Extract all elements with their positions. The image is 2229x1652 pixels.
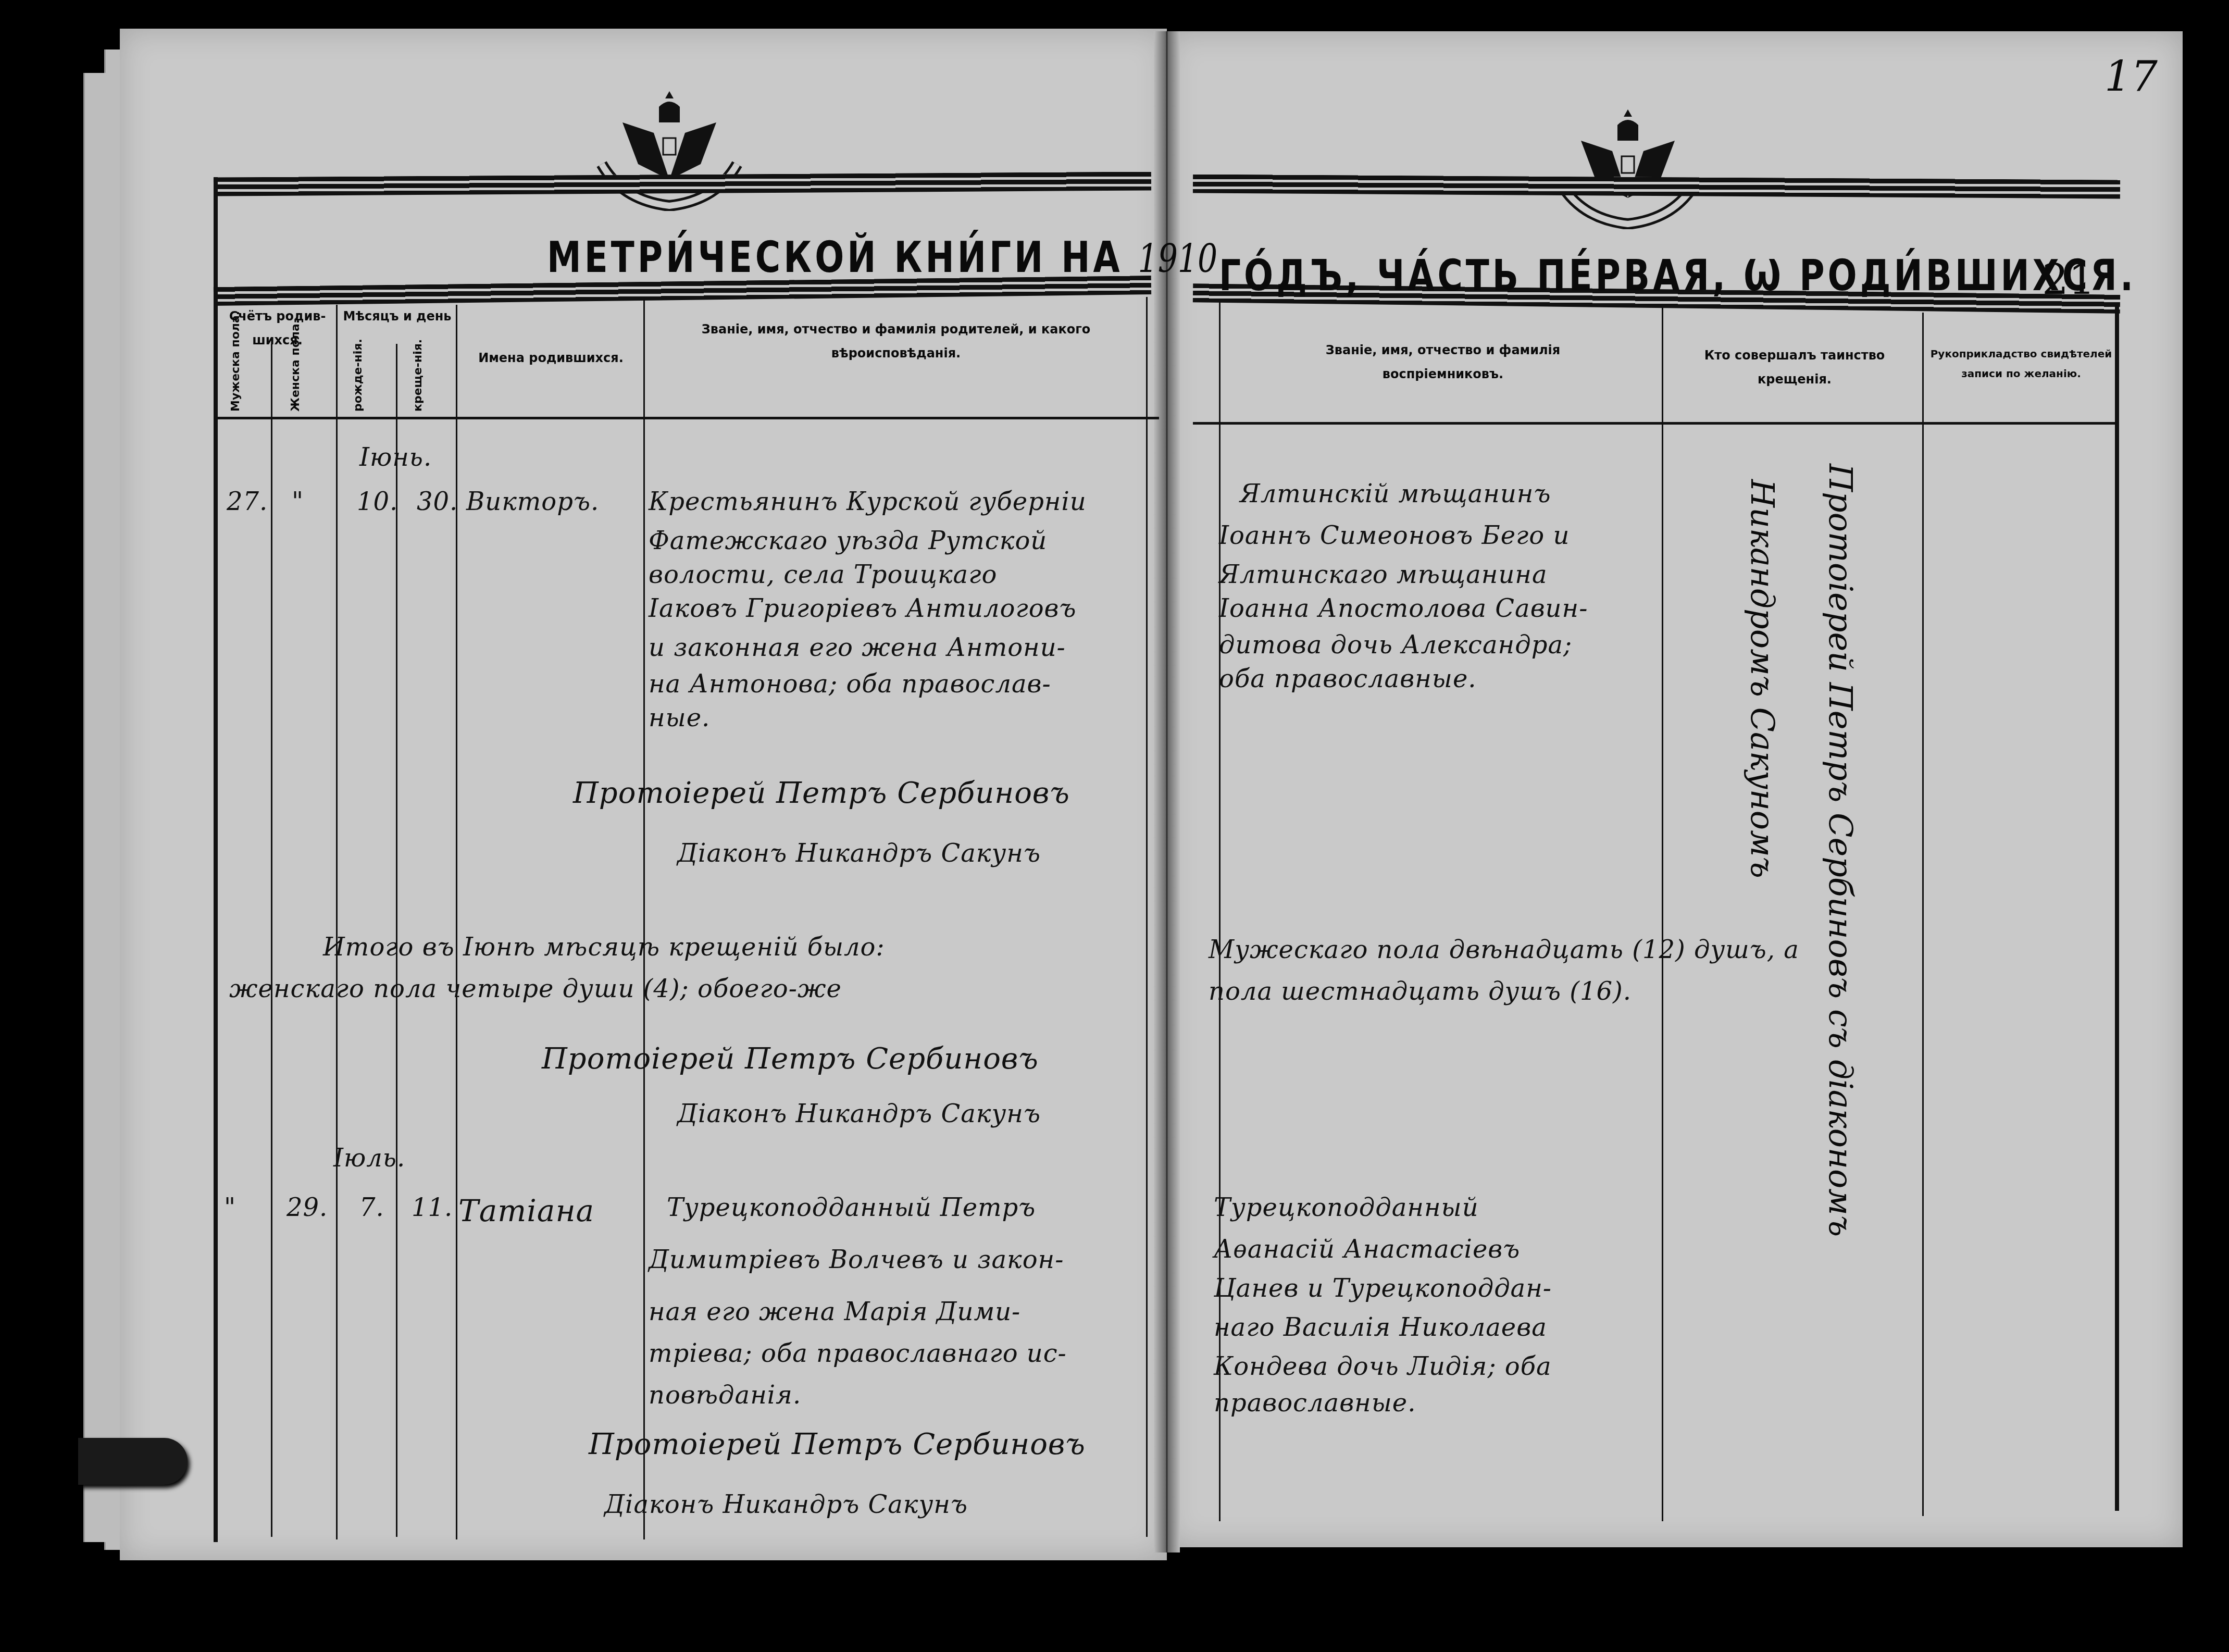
signature-priest: Протоіерей Петръ Сербиновъ [589,1427,1086,1461]
entry-male-no: 27. [227,487,268,516]
header-bottom-rule-left [216,417,1159,419]
signature-deacon: Діаконъ Никандръ Сакунъ [677,839,1041,868]
entry-baptism-day: 11. [412,1193,453,1222]
signature-priest: Протоіерей Петръ Сербиновъ [573,776,1070,810]
godparents-line: Іоаннъ Симеоновъ Бего и [1219,521,1570,550]
entry-month: Іюнь. [359,443,432,472]
officiant-vertical-line1: Протоіерей Петръ Сербиновъ съ діакономъ [1822,464,1860,1237]
godparents-line: дитова дочь Александра; [1219,630,1572,660]
entry-name: Викторъ. [466,487,599,516]
entry-name: Татіана [458,1193,594,1228]
header-male: Мужеска пола. [229,311,242,412]
entry-female-no: " [292,487,304,516]
col-divider [271,344,272,1537]
parents-line: Димитріевъ Волчевъ и закон- [649,1245,1064,1274]
parents-line: на Антонова; оба православ- [649,669,1051,699]
frame-right-border [2115,302,2119,1511]
binder-clip-icon [78,1438,188,1485]
col-divider [643,300,645,1539]
col-divider [1922,313,1924,1516]
header-birth: рожде-нія. [352,339,365,412]
col-divider [1146,297,1148,1537]
header-officiant: Кто совершалъ таинство крещенія. [1667,344,1922,391]
entry-male-no: " [224,1193,236,1222]
godparents-line: Кондева дочь Лидія; оба [1214,1352,1552,1381]
parents-line: Іаковъ Григоріевъ Антилоговъ [649,594,1077,623]
parents-line: повѣданія. [649,1381,801,1410]
frame-left-border [214,177,218,1542]
godparents-line: оба православные. [1219,664,1477,693]
signature-priest: Протоіерей Петръ Сербиновъ [542,1042,1039,1076]
header-baptism: креще-нія. [412,339,425,412]
summary-line: пола шестнадцать душъ (16). [1209,977,1632,1006]
officiant-vertical-line2: Никандромъ Сакуномъ [1744,479,1782,878]
godparents-line: Ялтинскаго мѣщанина [1219,560,1548,589]
entry-baptism-day: 30. [417,487,458,516]
godparents-line: Іоанна Апостолова Савин- [1219,594,1588,623]
godparents-line: Ялтинскій мѣщанинъ [1240,479,1551,508]
col-divider [1662,307,1663,1521]
parents-line: тріева; оба православнаго ис- [649,1339,1067,1368]
header-parents: Званіе, имя, отчество и фамилія родителе… [649,318,1143,365]
entry-birth-day: 10. [357,487,398,516]
header-godparents: Званіе, имя, отчество и фамилія воспріем… [1229,339,1657,386]
register-title-right: ГО́ДЪ, ЧА́СТЬ ПЕ́РВАЯ, Ѡ РОДИ́ВШИХСЯ. [1219,250,2136,300]
entry-birth-day: 7. [359,1193,384,1222]
register-title-left: МЕТРИ́ЧЕСКОЙ КНИ́ГИ НА 1910 [547,232,1217,282]
header-witnesses: Рукоприкладство свидѣтелей записи по жел… [1927,344,2115,383]
folio-number: 17 [2105,52,2158,101]
header-female: Женска пола. [289,319,302,412]
godparents-line: Аѳанасій Анастасіевъ [1214,1235,1520,1264]
godparents-line: наго Василія Николаева [1214,1313,1547,1342]
printed-page-number: 21 [2042,255,2095,304]
godparents-line: Турецкоподданный [1214,1193,1479,1222]
signature-deacon: Діаконъ Никандръ Сакунъ [604,1490,968,1519]
parents-line: и законная его жена Антони- [649,633,1066,662]
summary-line: Итого въ Іюнѣ мѣсяцѣ крещеній было: [323,933,885,962]
summary-line: Мужескаго пола двѣнадцать (12) душъ, а [1209,935,1799,964]
parents-line: Фатежскаго уѣзда Рутской [649,526,1047,555]
godparents-line: Цанев и Турецкоподдан- [1214,1274,1552,1303]
header-names: Имена родившихся. [458,346,643,370]
summary-line: женскаго пола четыре души (4); обоего-же [229,974,842,1003]
entry-female-no: 29. [287,1193,328,1222]
parents-line: ные. [649,703,710,732]
entry-month: Іюль. [333,1144,405,1173]
parents-line: Турецкоподданный Петръ [667,1193,1036,1222]
parents-line: Крестьянинъ Курской губерніи [649,487,1087,516]
signature-deacon: Діаконъ Никандръ Сакунъ [677,1099,1041,1128]
parents-line: ная его жена Марія Дими- [649,1297,1020,1326]
col-divider [336,305,338,1539]
double-headed-eagle-icon [1550,104,1706,229]
header-month-day: Мѣсяцъ и день [339,305,456,329]
page-stack-edge [83,73,116,1542]
header-bottom-rule-right [1193,422,2118,425]
parents-line: волости, села Троицкаго [649,560,997,589]
year-handwritten: 1910 [1138,236,1218,282]
godparents-line: православные. [1214,1388,1416,1418]
